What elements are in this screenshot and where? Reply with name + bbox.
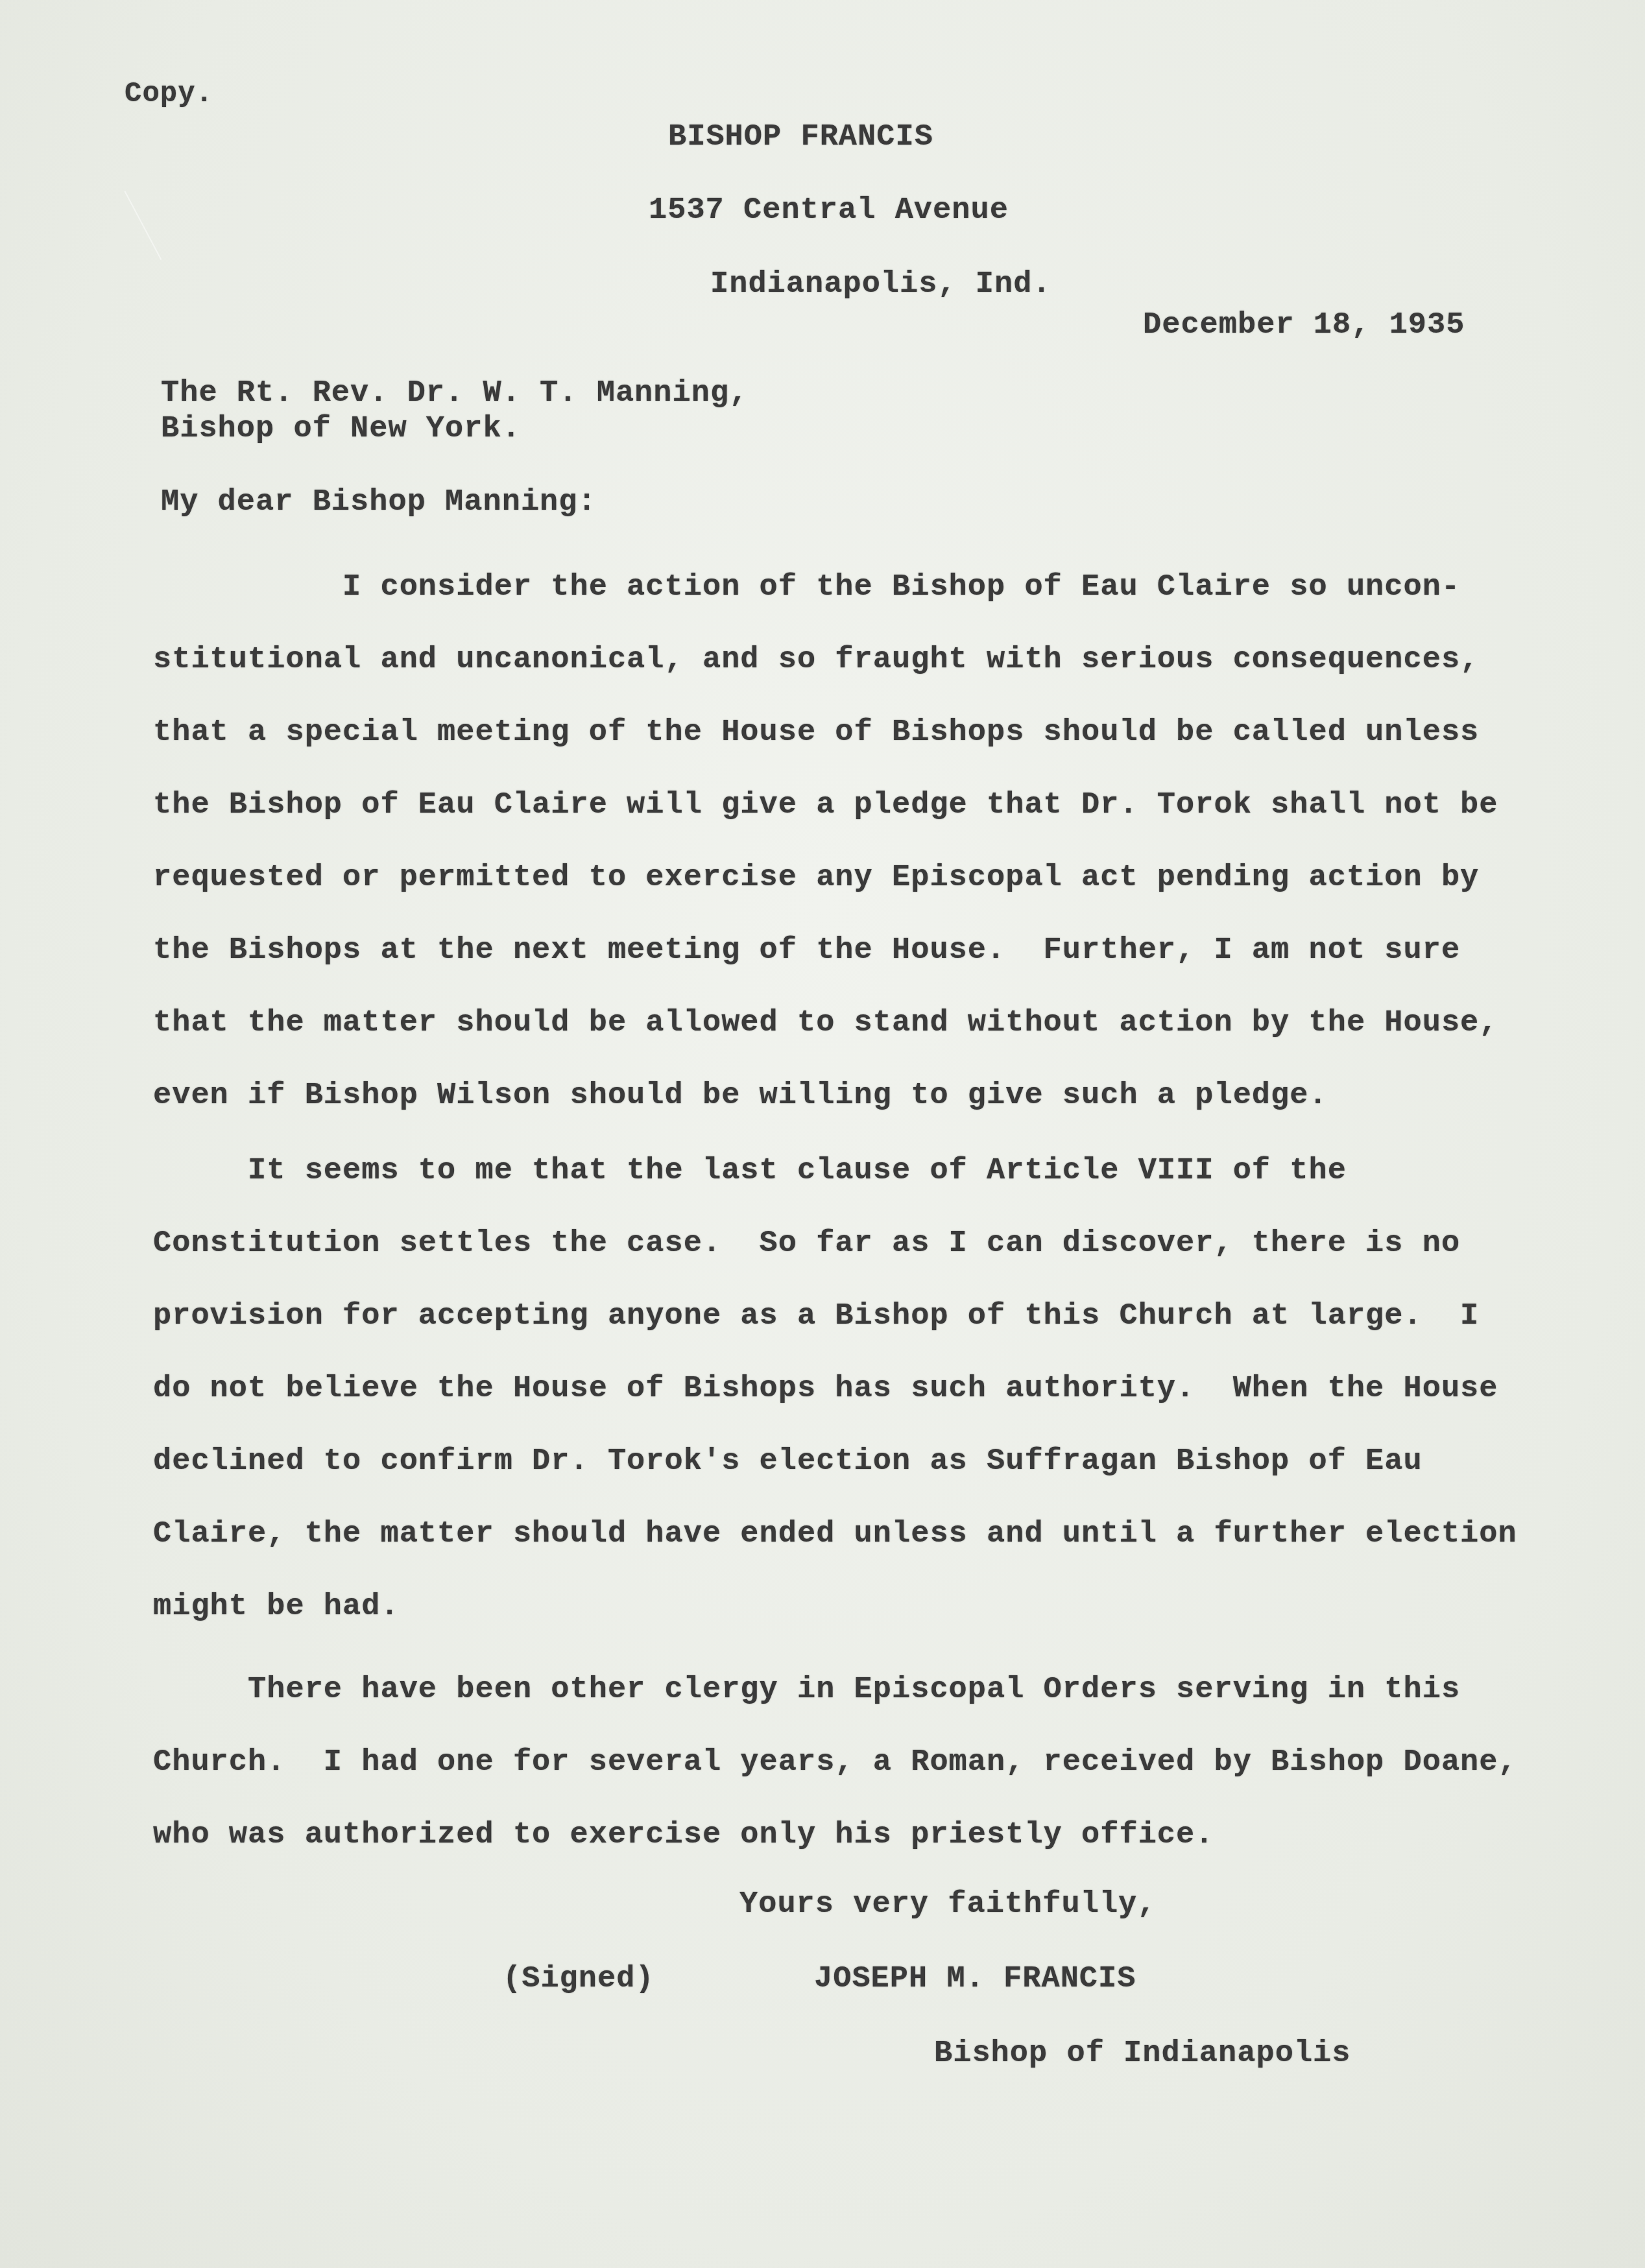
paragraph-line: declined to confirm Dr. Torok's election…: [153, 1426, 1580, 1498]
paragraph-line: I consider the action of the Bishop of E…: [153, 551, 1580, 624]
paragraph-line: stitutional and uncanonical, and so frau…: [153, 624, 1580, 697]
letterhead-name: BISHOP FRANCIS: [668, 120, 933, 154]
copy-mark: Copy.: [125, 78, 213, 110]
paragraph-line: There have been other clergy in Episcopa…: [153, 1654, 1580, 1726]
paper-crease: [124, 142, 253, 260]
paragraph-line: who was authorized to exercise only his …: [153, 1799, 1580, 1872]
salutation: My dear Bishop Manning:: [161, 485, 597, 519]
letterhead-city: Indianapolis, Ind.: [710, 267, 1051, 302]
paragraph-line: requested or permitted to exercise any E…: [153, 842, 1580, 914]
paragraph-line: Constitution settles the case. So far as…: [153, 1208, 1580, 1280]
closing: Yours very faithfully,: [739, 1887, 1157, 1922]
paragraph-line: that the matter should be allowed to sta…: [153, 987, 1580, 1060]
paragraph-line: Church. I had one for several years, a R…: [153, 1726, 1580, 1799]
letterhead-street: 1537 Central Avenue: [649, 193, 1009, 228]
paragraph-line: provision for accepting anyone as a Bish…: [153, 1280, 1580, 1353]
signature-name: JOSEPH M. FRANCIS: [814, 1962, 1136, 1996]
paragraph-line: do not believe the House of Bishops has …: [153, 1353, 1580, 1426]
recipient-line-2: Bishop of New York.: [161, 412, 521, 446]
paragraph-line: that a special meeting of the House of B…: [153, 697, 1580, 769]
paragraph-line: It seems to me that the last clause of A…: [153, 1135, 1580, 1208]
paragraph-1: I consider the action of the Bishop of E…: [153, 551, 1580, 1132]
paragraph-3: There have been other clergy in Episcopa…: [153, 1654, 1580, 1872]
paragraph-2: It seems to me that the last clause of A…: [153, 1135, 1580, 1643]
letter-page: Copy. BISHOP FRANCIS 1537 Central Avenue…: [0, 0, 1645, 2268]
paragraph-line: the Bishops at the next meeting of the H…: [153, 914, 1580, 987]
letter-date: December 18, 1935: [1143, 308, 1465, 342]
signed-mark: (Signed): [503, 1962, 654, 1996]
signature-title: Bishop of Indianapolis: [934, 2036, 1351, 2071]
paragraph-line: even if Bishop Wilson should be willing …: [153, 1060, 1580, 1132]
paragraph-line: Claire, the matter should have ended unl…: [153, 1498, 1580, 1571]
recipient-line-1: The Rt. Rev. Dr. W. T. Manning,: [161, 376, 748, 411]
paragraph-line: might be had.: [153, 1571, 1580, 1643]
paragraph-line: the Bishop of Eau Claire will give a ple…: [153, 769, 1580, 842]
